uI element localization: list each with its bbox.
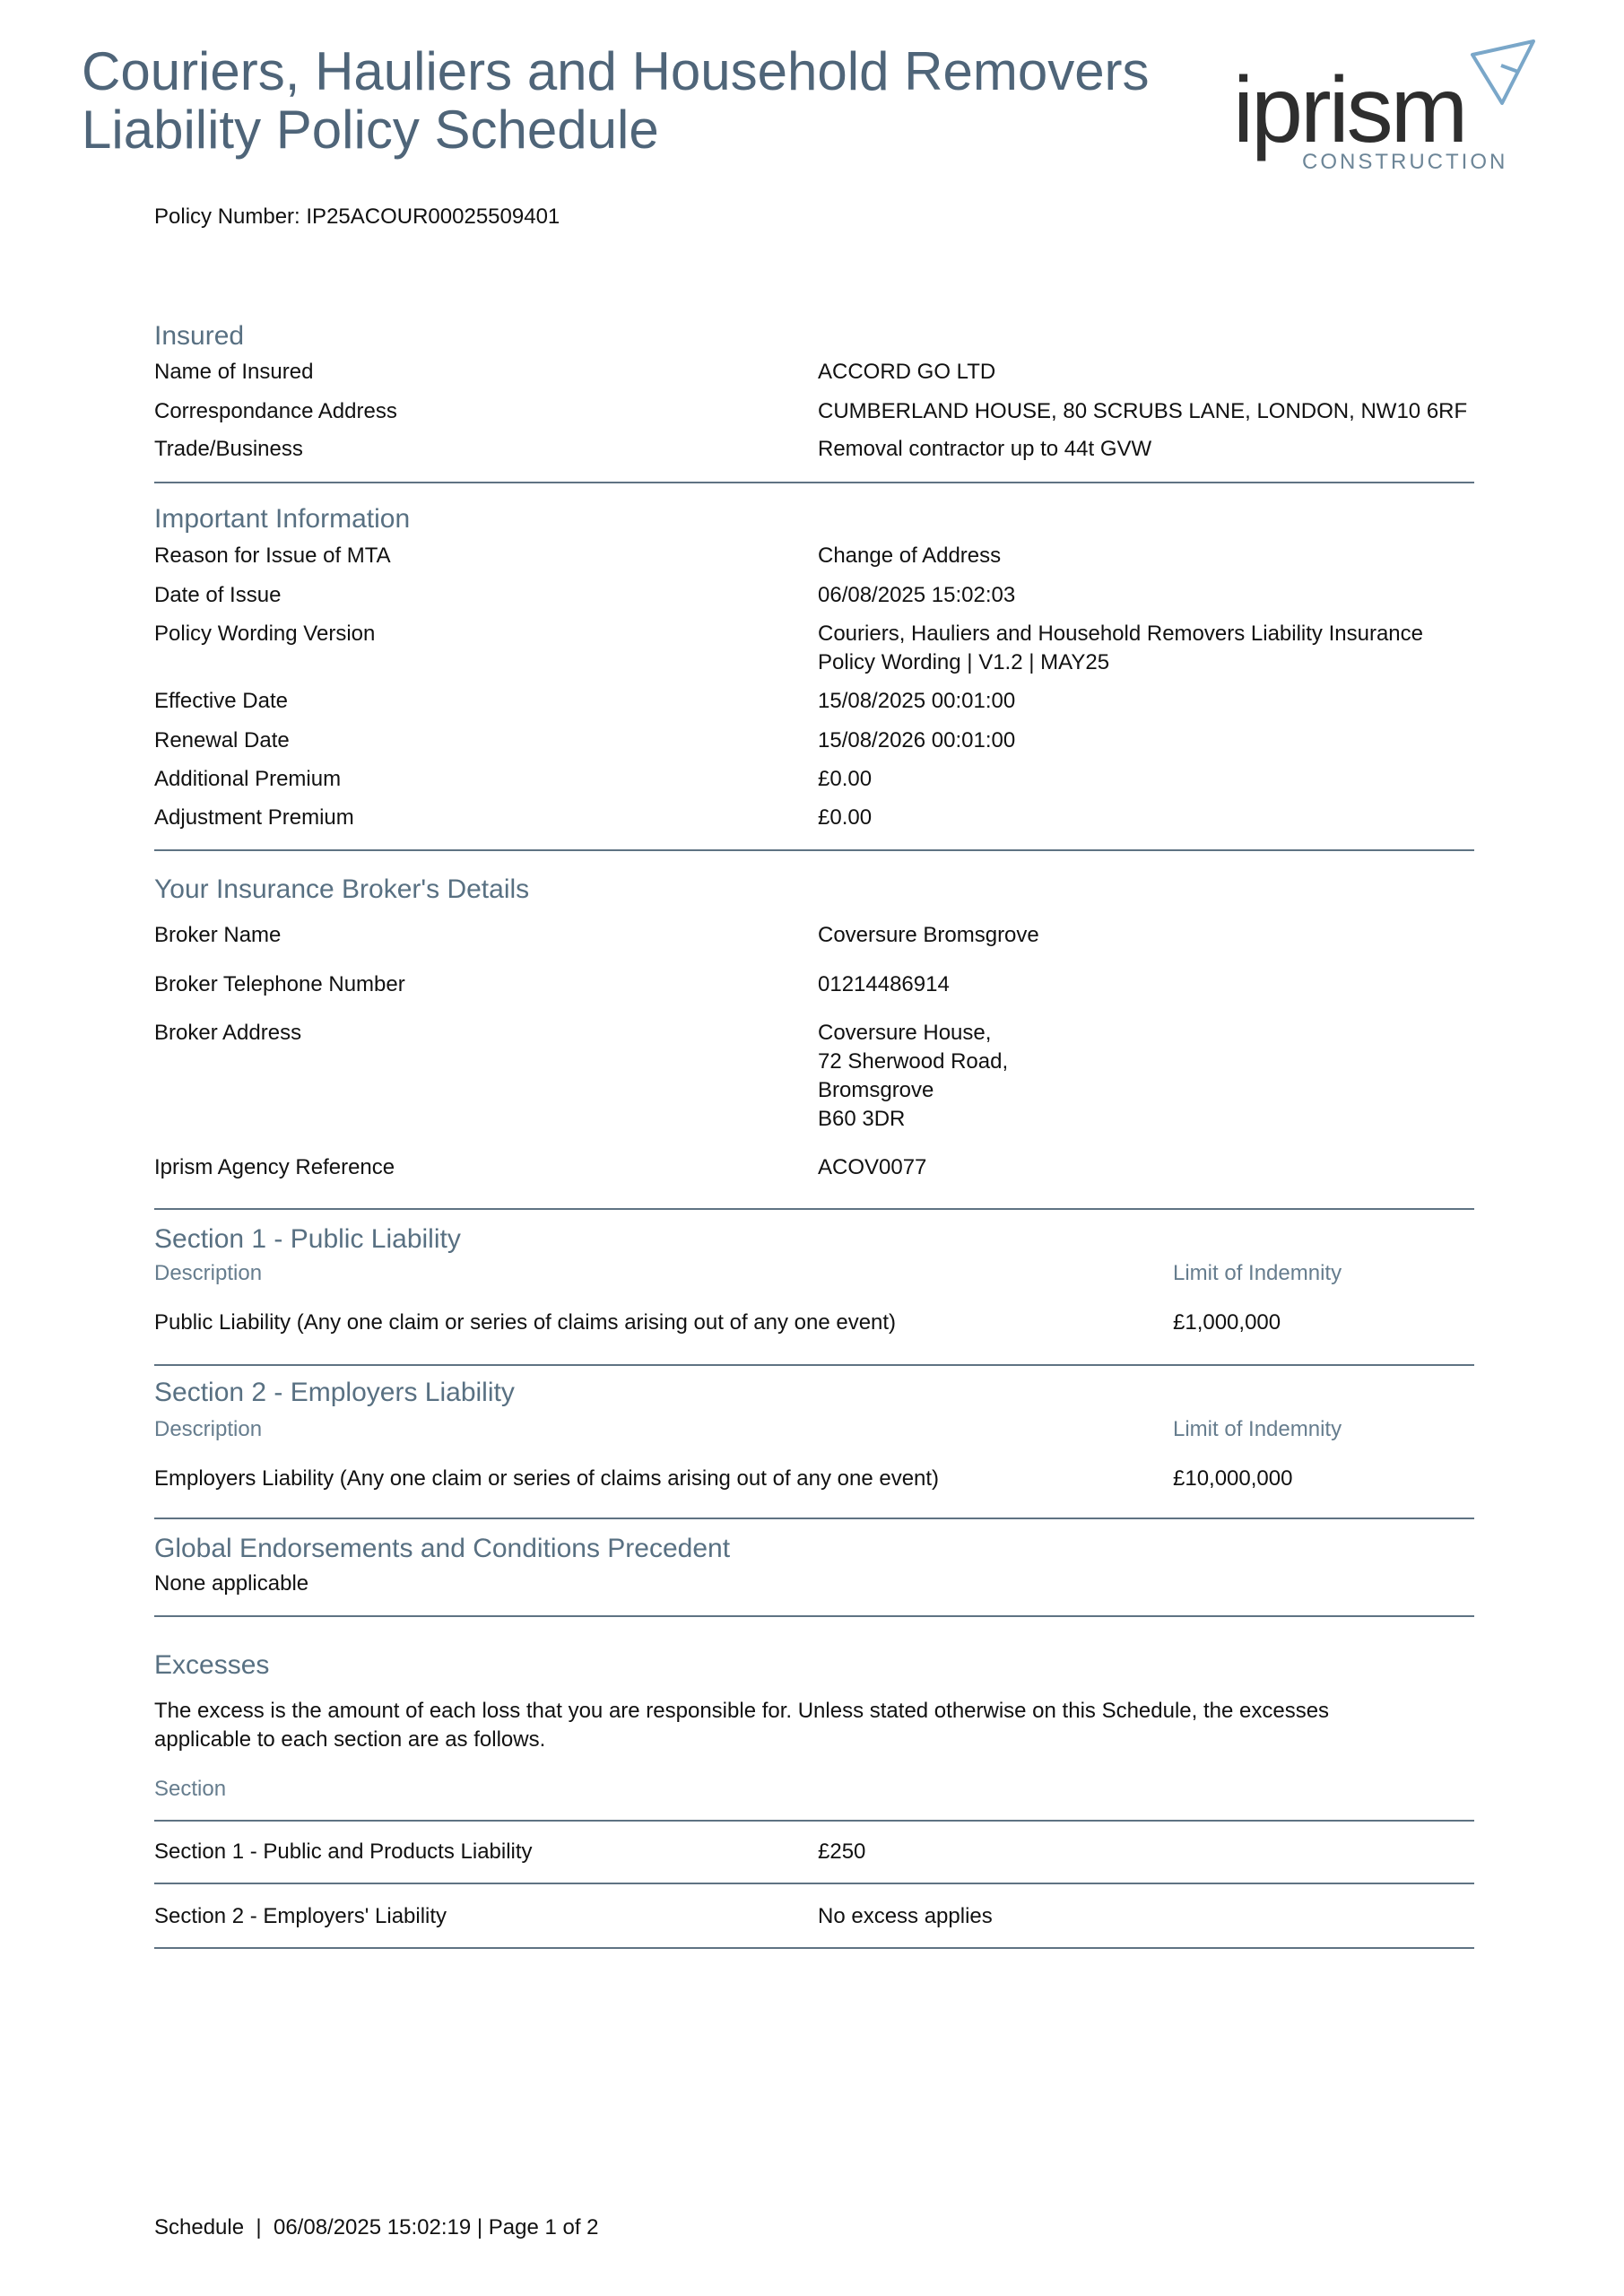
page-footer: Schedule | 06/08/2025 15:02:19 | Page 1 …: [154, 2217, 599, 2239]
label-effective-date: Effective Date: [154, 691, 288, 712]
label-policy-wording: Policy Wording Version: [154, 623, 375, 645]
divider: [154, 1820, 1474, 1822]
address-line: B60 3DR: [818, 1105, 1008, 1134]
value-broker-address: Coversure House, 72 Sherwood Road, Broms…: [818, 1019, 1008, 1134]
policy-wording-line: Couriers, Hauliers and Household Remover…: [818, 620, 1423, 648]
insured-value-trade: Removal contractor up to 44t GVW: [818, 439, 1151, 460]
value-broker-name: Coversure Bromsgrove: [818, 925, 1039, 946]
section1-row-limit: £1,000,000: [1173, 1312, 1281, 1334]
excesses-intro-line-2: applicable to each section are as follow…: [154, 1729, 545, 1751]
label-date-of-issue: Date of Issue: [154, 585, 281, 606]
address-line: Coversure House,: [818, 1019, 1008, 1048]
logo-wordmark: iprism: [1233, 58, 1465, 162]
endorsements-heading: Global Endorsements and Conditions Prece…: [154, 1535, 730, 1562]
broker-heading: Your Insurance Broker's Details: [154, 876, 529, 903]
policy-number: Policy Number: IP25ACOUR00025509401: [154, 206, 560, 228]
label-broker-name: Broker Name: [154, 925, 281, 946]
label-additional-premium: Additional Premium: [154, 769, 341, 790]
divider: [154, 1615, 1474, 1617]
policy-wording-line: Policy Wording | V1.2 | MAY25: [818, 648, 1423, 677]
document-title-line-2: Liability Policy Schedule: [82, 103, 659, 157]
label-renewal-date: Renewal Date: [154, 730, 290, 752]
value-reason-mta: Change of Address: [818, 545, 1001, 567]
label-agency-reference: Iprism Agency Reference: [154, 1157, 395, 1178]
iprism-construction-logo: iprism CONSTRUCTION: [1229, 36, 1556, 179]
value-policy-wording: Couriers, Hauliers and Household Remover…: [818, 620, 1423, 677]
section2-col-limit: Limit of Indemnity: [1173, 1419, 1342, 1440]
endorsements-text: None applicable: [154, 1573, 308, 1595]
value-broker-telephone: 01214486914: [818, 974, 950, 996]
value-additional-premium: £0.00: [818, 769, 872, 790]
logo-tagline: CONSTRUCTION: [1302, 150, 1507, 174]
divider: [154, 849, 1474, 851]
label-adjustment-premium: Adjustment Premium: [154, 807, 354, 829]
divider: [154, 1208, 1474, 1210]
value-effective-date: 15/08/2025 00:01:00: [818, 691, 1015, 712]
value-date-of-issue: 06/08/2025 15:02:03: [818, 585, 1015, 606]
insured-label-name: Name of Insured: [154, 361, 313, 383]
label-reason-mta: Reason for Issue of MTA: [154, 545, 391, 567]
excess-row-section: Section 1 - Public and Products Liabilit…: [154, 1841, 533, 1863]
label-broker-address: Broker Address: [154, 1022, 301, 1044]
value-renewal-date: 15/08/2026 00:01:00: [818, 730, 1015, 752]
divider: [154, 1947, 1474, 1949]
section2-row-limit: £10,000,000: [1173, 1468, 1292, 1490]
insured-heading: Insured: [154, 323, 244, 350]
divider: [154, 1518, 1474, 1519]
excess-row-value: £250: [818, 1841, 865, 1863]
excesses-heading: Excesses: [154, 1652, 269, 1679]
section2-heading: Section 2 - Employers Liability: [154, 1379, 515, 1406]
section1-row-description: Public Liability (Any one claim or serie…: [154, 1312, 896, 1334]
section2-col-description: Description: [154, 1419, 262, 1440]
policy-number-value: IP25ACOUR00025509401: [306, 204, 560, 229]
excess-row-section: Section 2 - Employers' Liability: [154, 1906, 447, 1927]
address-line: Bromsgrove: [818, 1076, 1008, 1105]
label-broker-telephone: Broker Telephone Number: [154, 974, 405, 996]
insured-label-trade: Trade/Business: [154, 439, 303, 460]
important-info-heading: Important Information: [154, 506, 410, 533]
insured-value-name: ACCORD GO LTD: [818, 361, 995, 383]
section2-row-description: Employers Liability (Any one claim or se…: [154, 1468, 939, 1490]
divider: [154, 482, 1474, 483]
excesses-intro-line-1: The excess is the amount of each loss th…: [154, 1700, 1329, 1722]
section1-col-description: Description: [154, 1263, 262, 1284]
value-adjustment-premium: £0.00: [818, 807, 872, 829]
divider: [154, 1883, 1474, 1884]
insured-label-address: Correspondance Address: [154, 401, 397, 422]
address-line: 72 Sherwood Road,: [818, 1048, 1008, 1076]
divider: [154, 1364, 1474, 1366]
value-agency-reference: ACOV0077: [818, 1157, 926, 1178]
policy-number-label: Policy Number:: [154, 204, 300, 229]
paper-plane-icon: [1472, 41, 1533, 103]
document-title-line-1: Couriers, Hauliers and Household Remover…: [82, 45, 1150, 99]
insured-value-address: CUMBERLAND HOUSE, 80 SCRUBS LANE, LONDON…: [818, 401, 1467, 422]
excesses-col-section: Section: [154, 1779, 226, 1800]
section1-col-limit: Limit of Indemnity: [1173, 1263, 1342, 1284]
section1-heading: Section 1 - Public Liability: [154, 1226, 461, 1253]
excess-row-value: No excess applies: [818, 1906, 993, 1927]
